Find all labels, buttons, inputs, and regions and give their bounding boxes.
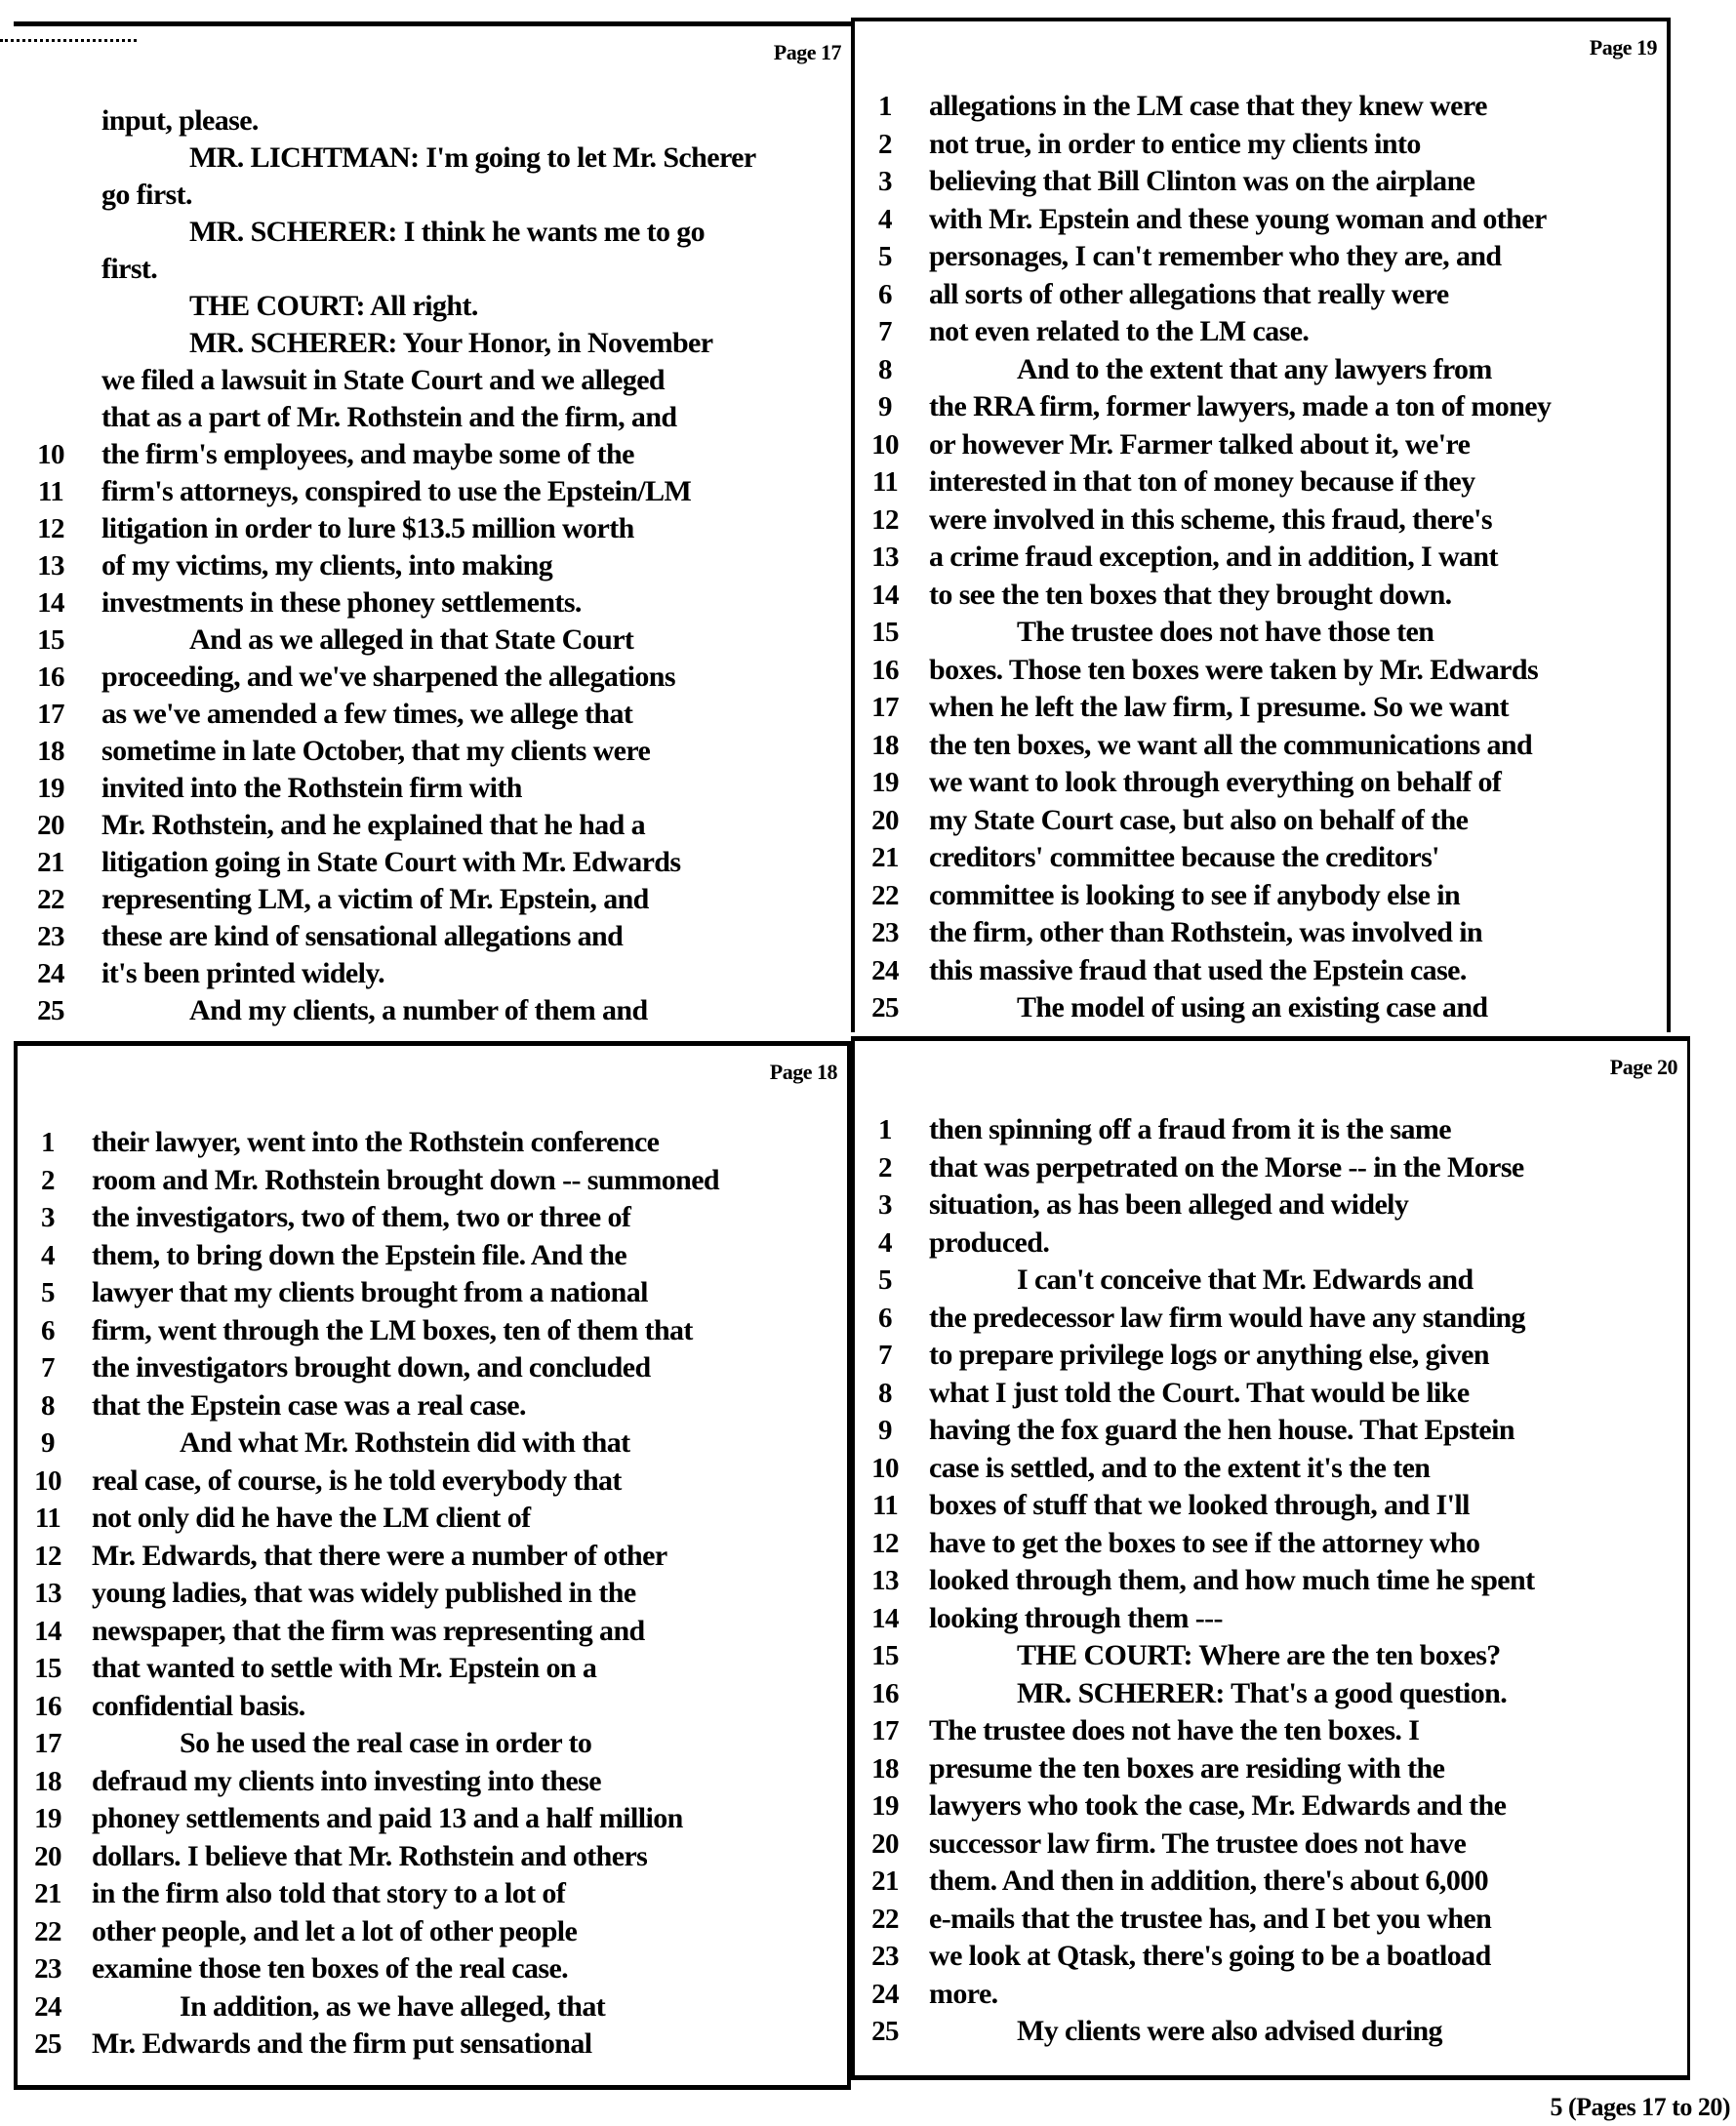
line-text: as we've amended a few times, we allege … bbox=[88, 696, 851, 733]
line-text: the firm, other than Rothstein, was invo… bbox=[915, 914, 1667, 952]
line-text: having the fox guard the hen house. That… bbox=[915, 1412, 1687, 1450]
line-text: of my victims, my clients, into making bbox=[88, 547, 851, 584]
transcript-line: 4them, to bring down the Epstein file. A… bbox=[18, 1237, 847, 1275]
transcript-line: 2room and Mr. Rothstein brought down -- … bbox=[18, 1162, 847, 1200]
line-number: 13 bbox=[855, 1562, 915, 1600]
line-number: 15 bbox=[855, 614, 915, 652]
transcript-line: 4produced. bbox=[855, 1224, 1687, 1263]
line-number: 19 bbox=[14, 770, 88, 807]
page-number-label: Page 19 bbox=[1590, 35, 1657, 60]
line-number: 15 bbox=[14, 622, 88, 659]
line-number: 12 bbox=[855, 501, 915, 540]
line-text: And my clients, a number of them and bbox=[88, 992, 851, 1029]
line-number: 21 bbox=[18, 1875, 78, 1913]
transcript-line: 13a crime fraud exception, and in additi… bbox=[855, 539, 1667, 577]
line-text: what I just told the Court. That would b… bbox=[915, 1375, 1687, 1413]
line-text: personages, I can't remember who they ar… bbox=[915, 238, 1667, 276]
line-number: 17 bbox=[18, 1725, 78, 1763]
transcript-line: 25Mr. Edwards and the firm put sensation… bbox=[18, 2026, 847, 2064]
transcript-line: 1their lawyer, went into the Rothstein c… bbox=[18, 1124, 847, 1162]
transcript-line: 14newspaper, that the firm was represent… bbox=[18, 1613, 847, 1651]
line-text: the RRA firm, former lawyers, made a ton… bbox=[915, 388, 1667, 426]
line-number: 12 bbox=[18, 1538, 78, 1576]
line-text: not only did he have the LM client of bbox=[78, 1500, 847, 1538]
transcript-line: 2not true, in order to entice my clients… bbox=[855, 126, 1667, 164]
line-number: 8 bbox=[855, 1375, 915, 1413]
transcript-page-20: Page 20 1then spinning off a fraud from … bbox=[851, 1036, 1690, 2080]
transcript-line: 16proceeding, and we've sharpened the al… bbox=[14, 659, 851, 696]
line-text: litigation going in State Court with Mr.… bbox=[88, 844, 851, 881]
line-text: presume the ten boxes are residing with … bbox=[915, 1750, 1687, 1788]
line-number: 18 bbox=[14, 733, 88, 770]
line-text: litigation in order to lure $13.5 millio… bbox=[88, 510, 851, 547]
transcript-line: 16MR. SCHERER: That's a good question. bbox=[855, 1675, 1687, 1713]
line-text: MR. SCHERER: That's a good question. bbox=[915, 1675, 1687, 1713]
line-number: 1 bbox=[18, 1124, 78, 1162]
transcript-line: 9having the fox guard the hen house. Tha… bbox=[855, 1412, 1687, 1450]
line-number: 23 bbox=[855, 914, 915, 952]
line-text: committee is looking to see if anybody e… bbox=[915, 877, 1667, 915]
line-text: have to get the boxes to see if the atto… bbox=[915, 1525, 1687, 1563]
line-number: 10 bbox=[855, 426, 915, 464]
line-text: the firm's employees, and maybe some of … bbox=[88, 436, 851, 473]
transcript-line: 22e-mails that the trustee has, and I be… bbox=[855, 1901, 1687, 1939]
transcript-line: 2that was perpetrated on the Morse -- in… bbox=[855, 1149, 1687, 1187]
transcript-line: 17The trustee does not have the ten boxe… bbox=[855, 1712, 1687, 1750]
line-text: these are kind of sensational allegation… bbox=[88, 918, 851, 955]
line-text: successor law firm. The trustee does not… bbox=[915, 1825, 1687, 1864]
transcript-line: 3believing that Bill Clinton was on the … bbox=[855, 163, 1667, 201]
line-text: proceeding, and we've sharpened the alle… bbox=[88, 659, 851, 696]
transcript-line: 5personages, I can't remember who they a… bbox=[855, 238, 1667, 276]
line-text: real case, of course, is he told everybo… bbox=[78, 1463, 847, 1501]
line-text: not true, in order to entice my clients … bbox=[915, 126, 1667, 164]
line-text: young ladies, that was widely published … bbox=[78, 1575, 847, 1613]
transcript-line: 11firm's attorneys, conspired to use the… bbox=[14, 473, 851, 510]
transcript-line: 24more. bbox=[855, 1976, 1687, 2014]
line-number: 23 bbox=[18, 1950, 78, 1988]
line-text: allegations in the LM case that they kne… bbox=[915, 88, 1667, 126]
transcript-line: 15And as we alleged in that State Court bbox=[14, 622, 851, 659]
line-text: them, to bring down the Epstein file. An… bbox=[78, 1237, 847, 1275]
line-number: 18 bbox=[855, 1750, 915, 1788]
line-number: 11 bbox=[855, 463, 915, 501]
line-text: And what Mr. Rothstein did with that bbox=[78, 1424, 847, 1463]
line-text: input, please. bbox=[88, 102, 851, 140]
transcript-line: 16confidential basis. bbox=[18, 1688, 847, 1726]
transcript-line: 1then spinning off a fraud from it is th… bbox=[855, 1111, 1687, 1149]
transcript-line: 8what I just told the Court. That would … bbox=[855, 1375, 1687, 1413]
line-text: that the Epstein case was a real case. bbox=[78, 1387, 847, 1425]
line-number: 23 bbox=[855, 1938, 915, 1976]
transcript-line: 10case is settled, and to the extent it'… bbox=[855, 1450, 1687, 1488]
line-text: THE COURT: Where are the ten boxes? bbox=[915, 1637, 1687, 1675]
line-number: 24 bbox=[855, 952, 915, 990]
transcript-line: 20Mr. Rothstein, and he explained that h… bbox=[14, 807, 851, 844]
line-number: 17 bbox=[14, 696, 88, 733]
transcript-page-18: Page 18 1their lawyer, went into the Rot… bbox=[14, 1046, 851, 2090]
line-text: case is settled, and to the extent it's … bbox=[915, 1450, 1687, 1488]
line-text: Mr. Rothstein, and he explained that he … bbox=[88, 807, 851, 844]
transcript-line: go first. bbox=[14, 177, 851, 214]
line-number: 16 bbox=[18, 1688, 78, 1726]
transcript-line: 7the investigators brought down, and con… bbox=[18, 1349, 847, 1387]
transcript-line: 10real case, of course, is he told every… bbox=[18, 1463, 847, 1501]
transcript-line: 24it's been printed widely. bbox=[14, 955, 851, 992]
line-number: 25 bbox=[14, 992, 88, 1029]
transcript-line: 20my State Court case, but also on behal… bbox=[855, 802, 1667, 840]
line-number: 11 bbox=[18, 1500, 78, 1538]
line-text: sometime in late October, that my client… bbox=[88, 733, 851, 770]
transcript-line: 18the ten boxes, we want all the communi… bbox=[855, 727, 1667, 765]
line-text: looked through them, and how much time h… bbox=[915, 1562, 1687, 1600]
line-text: the investigators brought down, and conc… bbox=[78, 1349, 847, 1387]
transcript-line: 18sometime in late October, that my clie… bbox=[14, 733, 851, 770]
line-text: The trustee does not have the ten boxes.… bbox=[915, 1712, 1687, 1750]
line-text: we look at Qtask, there's going to be a … bbox=[915, 1938, 1687, 1976]
transcript-line: 6all sorts of other allegations that rea… bbox=[855, 276, 1667, 314]
transcript-line: 17So he used the real case in order to bbox=[18, 1725, 847, 1763]
transcript-line: 10the firm's employees, and maybe some o… bbox=[14, 436, 851, 473]
line-text: Mr. Edwards and the firm put sensational bbox=[78, 2026, 847, 2064]
line-number: 13 bbox=[855, 539, 915, 577]
line-number: 20 bbox=[18, 1838, 78, 1876]
line-number: 1 bbox=[855, 88, 915, 126]
line-number: 22 bbox=[855, 1901, 915, 1939]
line-text: The trustee does not have those ten bbox=[915, 614, 1667, 652]
transcript-line: 19phoney settlements and paid 13 and a h… bbox=[18, 1800, 847, 1838]
transcript-line: 13young ladies, that was widely publishe… bbox=[18, 1575, 847, 1613]
transcript-line: 15that wanted to settle with Mr. Epstein… bbox=[18, 1650, 847, 1688]
transcript-sheet: Page 17 input, please.MR. LICHTMAN: I'm … bbox=[0, 0, 1736, 2126]
line-text: And as we alleged in that State Court bbox=[88, 622, 851, 659]
line-number: 4 bbox=[855, 1224, 915, 1263]
line-text: invited into the Rothstein firm with bbox=[88, 770, 851, 807]
line-number: 16 bbox=[855, 1675, 915, 1713]
line-number: 3 bbox=[18, 1199, 78, 1237]
line-text: my State Court case, but also on behalf … bbox=[915, 802, 1667, 840]
line-text: MR. LICHTMAN: I'm going to let Mr. Scher… bbox=[88, 140, 851, 177]
line-number: 13 bbox=[18, 1575, 78, 1613]
line-number: 3 bbox=[855, 1186, 915, 1224]
transcript-line: 20dollars. I believe that Mr. Rothstein … bbox=[18, 1838, 847, 1876]
line-number: 7 bbox=[855, 1337, 915, 1375]
line-text: with Mr. Epstein and these young woman a… bbox=[915, 201, 1667, 239]
transcript-line: 11not only did he have the LM client of bbox=[18, 1500, 847, 1538]
transcript-line: 7to prepare privilege logs or anything e… bbox=[855, 1337, 1687, 1375]
line-number: 17 bbox=[855, 1712, 915, 1750]
transcript-line: 12were involved in this scheme, this fra… bbox=[855, 501, 1667, 540]
transcript-lines: input, please.MR. LICHTMAN: I'm going to… bbox=[14, 102, 851, 1029]
transcript-line: 21in the firm also told that story to a … bbox=[18, 1875, 847, 1913]
transcript-line: 5I can't conceive that Mr. Edwards and bbox=[855, 1262, 1687, 1300]
line-text: not even related to the LM case. bbox=[915, 313, 1667, 351]
line-number: 19 bbox=[855, 764, 915, 802]
line-number: 8 bbox=[18, 1387, 78, 1425]
line-text: creditors' committee because the credito… bbox=[915, 839, 1667, 877]
line-number: 4 bbox=[18, 1237, 78, 1275]
transcript-line: 22representing LM, a victim of Mr. Epste… bbox=[14, 881, 851, 918]
line-number: 1 bbox=[855, 1111, 915, 1149]
sheet-footer: 5 (Pages 17 to 20) bbox=[1550, 2093, 1730, 2122]
transcript-line: MR. LICHTMAN: I'm going to let Mr. Scher… bbox=[14, 140, 851, 177]
line-number: 22 bbox=[855, 877, 915, 915]
line-text: investments in these phoney settlements. bbox=[88, 584, 851, 622]
transcript-line: 22other people, and let a lot of other p… bbox=[18, 1913, 847, 1951]
transcript-line: 14investments in these phoney settlement… bbox=[14, 584, 851, 622]
transcript-line: 3situation, as has been alleged and wide… bbox=[855, 1186, 1687, 1224]
line-number: 7 bbox=[855, 313, 915, 351]
transcript-line: 9the RRA firm, former lawyers, made a to… bbox=[855, 388, 1667, 426]
transcript-line: that as a part of Mr. Rothstein and the … bbox=[14, 399, 851, 436]
line-number: 21 bbox=[855, 839, 915, 877]
transcript-line: 18defraud my clients into investing into… bbox=[18, 1763, 847, 1801]
line-number: 10 bbox=[14, 436, 88, 473]
transcript-line: first. bbox=[14, 251, 851, 288]
line-number: 7 bbox=[18, 1349, 78, 1387]
line-number: 3 bbox=[855, 163, 915, 201]
transcript-line: 23we look at Qtask, there's going to be … bbox=[855, 1938, 1687, 1976]
transcript-lines: 1allegations in the LM case that they kn… bbox=[855, 88, 1667, 1027]
line-text: then spinning off a fraud from it is the… bbox=[915, 1111, 1687, 1149]
line-text: In addition, as we have alleged, that bbox=[78, 1988, 847, 2026]
line-number: 19 bbox=[855, 1787, 915, 1825]
line-text: MR. SCHERER: I think he wants me to go bbox=[88, 214, 851, 251]
transcript-line: THE COURT: All right. bbox=[14, 288, 851, 325]
line-number: 25 bbox=[18, 2026, 78, 2064]
line-number: 13 bbox=[14, 547, 88, 584]
line-number: 14 bbox=[855, 1600, 915, 1638]
line-number: 9 bbox=[855, 388, 915, 426]
line-text: room and Mr. Rothstein brought down -- s… bbox=[78, 1162, 847, 1200]
line-number: 15 bbox=[18, 1650, 78, 1688]
line-text: Mr. Edwards, that there were a number of… bbox=[78, 1538, 847, 1576]
line-number: 22 bbox=[18, 1913, 78, 1951]
transcript-line: 17when he left the law firm, I presume. … bbox=[855, 689, 1667, 727]
transcript-line: 8that the Epstein case was a real case. bbox=[18, 1387, 847, 1425]
transcript-line: 14looking through them --- bbox=[855, 1600, 1687, 1638]
line-number: 16 bbox=[855, 652, 915, 690]
transcript-line: 23the firm, other than Rothstein, was in… bbox=[855, 914, 1667, 952]
transcript-line: 21them. And then in addition, there's ab… bbox=[855, 1863, 1687, 1901]
line-text: looking through them --- bbox=[915, 1600, 1687, 1638]
line-number: 24 bbox=[18, 1988, 78, 2026]
transcript-line: 25The model of using an existing case an… bbox=[855, 989, 1667, 1027]
line-number: 22 bbox=[14, 881, 88, 918]
line-number: 6 bbox=[855, 1300, 915, 1338]
line-text: it's been printed widely. bbox=[88, 955, 851, 992]
line-text: we filed a lawsuit in State Court and we… bbox=[88, 362, 851, 399]
transcript-line: 25My clients were also advised during bbox=[855, 2013, 1687, 2051]
line-text: that wanted to settle with Mr. Epstein o… bbox=[78, 1650, 847, 1688]
transcript-line: 12litigation in order to lure $13.5 mill… bbox=[14, 510, 851, 547]
transcript-line: 8And to the extent that any lawyers from bbox=[855, 351, 1667, 389]
line-number: 5 bbox=[855, 1262, 915, 1300]
line-text: we want to look through everything on be… bbox=[915, 764, 1667, 802]
line-number: 20 bbox=[855, 1825, 915, 1864]
transcript-line: 17as we've amended a few times, we alleg… bbox=[14, 696, 851, 733]
transcript-line: 15The trustee does not have those ten bbox=[855, 614, 1667, 652]
line-number: 24 bbox=[855, 1976, 915, 2014]
line-number: 2 bbox=[18, 1162, 78, 1200]
line-text: go first. bbox=[88, 177, 851, 214]
line-text: them. And then in addition, there's abou… bbox=[915, 1863, 1687, 1901]
line-text: And to the extent that any lawyers from bbox=[915, 351, 1667, 389]
line-text: situation, as has been alleged and widel… bbox=[915, 1186, 1687, 1224]
line-text: confidential basis. bbox=[78, 1688, 847, 1726]
page-number-label: Page 17 bbox=[774, 40, 841, 65]
transcript-line: 20successor law firm. The trustee does n… bbox=[855, 1825, 1687, 1864]
line-number: 12 bbox=[14, 510, 88, 547]
transcript-line: 19invited into the Rothstein firm with bbox=[14, 770, 851, 807]
transcript-line: 12Mr. Edwards, that there were a number … bbox=[18, 1538, 847, 1576]
page-number-label: Page 20 bbox=[1610, 1055, 1677, 1080]
transcript-line: 6the predecessor law firm would have any… bbox=[855, 1300, 1687, 1338]
line-text: firm's attorneys, conspired to use the E… bbox=[88, 473, 851, 510]
transcript-line: 11boxes of stuff that we looked through,… bbox=[855, 1487, 1687, 1525]
transcript-line: 12have to get the boxes to see if the at… bbox=[855, 1525, 1687, 1563]
line-text: defraud my clients into investing into t… bbox=[78, 1763, 847, 1801]
transcript-line: MR. SCHERER: I think he wants me to go bbox=[14, 214, 851, 251]
line-text: So he used the real case in order to bbox=[78, 1725, 847, 1763]
line-text: newspaper, that the firm was representin… bbox=[78, 1613, 847, 1651]
line-text: all sorts of other allegations that real… bbox=[915, 276, 1667, 314]
transcript-line: 13looked through them, and how much time… bbox=[855, 1562, 1687, 1600]
line-number: 5 bbox=[855, 238, 915, 276]
line-text: examine those ten boxes of the real case… bbox=[78, 1950, 847, 1988]
transcript-line: 24In addition, as we have alleged, that bbox=[18, 1988, 847, 2026]
line-number: 20 bbox=[14, 807, 88, 844]
transcript-line: 4with Mr. Epstein and these young woman … bbox=[855, 201, 1667, 239]
transcript-line: 1allegations in the LM case that they kn… bbox=[855, 88, 1667, 126]
transcript-line: 21creditors' committee because the credi… bbox=[855, 839, 1667, 877]
line-text: MR. SCHERER: Your Honor, in November bbox=[88, 325, 851, 362]
transcript-line: 3the investigators, two of them, two or … bbox=[18, 1199, 847, 1237]
transcript-line: 22committee is looking to see if anybody… bbox=[855, 877, 1667, 915]
line-text: this massive fraud that used the Epstein… bbox=[915, 952, 1667, 990]
line-number: 2 bbox=[855, 126, 915, 164]
line-text: when he left the law firm, I presume. So… bbox=[915, 689, 1667, 727]
line-text: the ten boxes, we want all the communica… bbox=[915, 727, 1667, 765]
line-number: 11 bbox=[14, 473, 88, 510]
transcript-line: MR. SCHERER: Your Honor, in November bbox=[14, 325, 851, 362]
line-number: 25 bbox=[855, 989, 915, 1027]
transcript-line: 9And what Mr. Rothstein did with that bbox=[18, 1424, 847, 1463]
line-text: their lawyer, went into the Rothstein co… bbox=[78, 1124, 847, 1162]
line-number: 21 bbox=[855, 1863, 915, 1901]
line-text: boxes of stuff that we looked through, a… bbox=[915, 1487, 1687, 1525]
transcript-line: 19lawyers who took the case, Mr. Edwards… bbox=[855, 1787, 1687, 1825]
line-number: 14 bbox=[855, 577, 915, 615]
line-text: interested in that ton of money because … bbox=[915, 463, 1667, 501]
line-text: e-mails that the trustee has, and I bet … bbox=[915, 1901, 1687, 1939]
line-text: I can't conceive that Mr. Edwards and bbox=[915, 1262, 1687, 1300]
line-number: 14 bbox=[14, 584, 88, 622]
transcript-line: 15THE COURT: Where are the ten boxes? bbox=[855, 1637, 1687, 1675]
line-number: 19 bbox=[18, 1800, 78, 1838]
line-number: 18 bbox=[18, 1763, 78, 1801]
line-number: 10 bbox=[18, 1463, 78, 1501]
line-text: THE COURT: All right. bbox=[88, 288, 851, 325]
line-text: boxes. Those ten boxes were taken by Mr.… bbox=[915, 652, 1667, 690]
transcript-line: 11interested in that ton of money becaus… bbox=[855, 463, 1667, 501]
transcript-line: 23these are kind of sensational allegati… bbox=[14, 918, 851, 955]
transcript-line: we filed a lawsuit in State Court and we… bbox=[14, 362, 851, 399]
line-text: the predecessor law firm would have any … bbox=[915, 1300, 1687, 1338]
transcript-line: 13of my victims, my clients, into making bbox=[14, 547, 851, 584]
line-number: 8 bbox=[855, 351, 915, 389]
line-number: 10 bbox=[855, 1450, 915, 1488]
line-number: 21 bbox=[14, 844, 88, 881]
line-text: firm, went through the LM boxes, ten of … bbox=[78, 1312, 847, 1350]
transcript-line: 10or however Mr. Farmer talked about it,… bbox=[855, 426, 1667, 464]
line-text: representing LM, a victim of Mr. Epstein… bbox=[88, 881, 851, 918]
line-number: 16 bbox=[14, 659, 88, 696]
line-number: 5 bbox=[18, 1274, 78, 1312]
line-text: that was perpetrated on the Morse -- in … bbox=[915, 1149, 1687, 1187]
transcript-line: 23examine those ten boxes of the real ca… bbox=[18, 1950, 847, 1988]
transcript-line: 18presume the ten boxes are residing wit… bbox=[855, 1750, 1687, 1788]
line-text: a crime fraud exception, and in addition… bbox=[915, 539, 1667, 577]
transcript-line: 19we want to look through everything on … bbox=[855, 764, 1667, 802]
line-text: in the firm also told that story to a lo… bbox=[78, 1875, 847, 1913]
line-number: 9 bbox=[855, 1412, 915, 1450]
line-text: My clients were also advised during bbox=[915, 2013, 1687, 2051]
line-text: first. bbox=[88, 251, 851, 288]
line-number: 6 bbox=[18, 1312, 78, 1350]
line-number: 18 bbox=[855, 727, 915, 765]
page-number-label: Page 18 bbox=[770, 1060, 837, 1085]
transcript-line: 24this massive fraud that used the Epste… bbox=[855, 952, 1667, 990]
transcript-line: 16boxes. Those ten boxes were taken by M… bbox=[855, 652, 1667, 690]
line-number: 9 bbox=[18, 1424, 78, 1463]
line-number: 25 bbox=[855, 2013, 915, 2051]
line-number: 2 bbox=[855, 1149, 915, 1187]
line-text: believing that Bill Clinton was on the a… bbox=[915, 163, 1667, 201]
transcript-page-17: Page 17 input, please.MR. LICHTMAN: I'm … bbox=[14, 21, 851, 1046]
transcript-line: 25And my clients, a number of them and bbox=[14, 992, 851, 1029]
transcript-page-19: Page 19 1allegations in the LM case that… bbox=[851, 18, 1671, 1032]
line-text: were involved in this scheme, this fraud… bbox=[915, 501, 1667, 540]
line-text: produced. bbox=[915, 1224, 1687, 1263]
line-text: or however Mr. Farmer talked about it, w… bbox=[915, 426, 1667, 464]
line-text: The model of using an existing case and bbox=[915, 989, 1667, 1027]
line-text: dollars. I believe that Mr. Rothstein an… bbox=[78, 1838, 847, 1876]
transcript-line: 21litigation going in State Court with M… bbox=[14, 844, 851, 881]
line-number: 24 bbox=[14, 955, 88, 992]
line-text: more. bbox=[915, 1976, 1687, 2014]
line-text: lawyer that my clients brought from a na… bbox=[78, 1274, 847, 1312]
line-text: lawyers who took the case, Mr. Edwards a… bbox=[915, 1787, 1687, 1825]
transcript-lines: 1then spinning off a fraud from it is th… bbox=[855, 1111, 1687, 2051]
line-number: 20 bbox=[855, 802, 915, 840]
line-number: 14 bbox=[18, 1613, 78, 1651]
line-text: that as a part of Mr. Rothstein and the … bbox=[88, 399, 851, 436]
transcript-lines: 1their lawyer, went into the Rothstein c… bbox=[18, 1124, 847, 2064]
transcript-line: 14to see the ten boxes that they brought… bbox=[855, 577, 1667, 615]
transcript-line: 6firm, went through the LM boxes, ten of… bbox=[18, 1312, 847, 1350]
line-text: the investigators, two of them, two or t… bbox=[78, 1199, 847, 1237]
line-number: 4 bbox=[855, 201, 915, 239]
line-number: 15 bbox=[855, 1637, 915, 1675]
transcript-line: 7not even related to the LM case. bbox=[855, 313, 1667, 351]
line-text: other people, and let a lot of other peo… bbox=[78, 1913, 847, 1951]
transcript-line: 5lawyer that my clients brought from a n… bbox=[18, 1274, 847, 1312]
line-number: 6 bbox=[855, 276, 915, 314]
transcript-line: input, please. bbox=[14, 102, 851, 140]
line-number: 17 bbox=[855, 689, 915, 727]
line-text: phoney settlements and paid 13 and a hal… bbox=[78, 1800, 847, 1838]
